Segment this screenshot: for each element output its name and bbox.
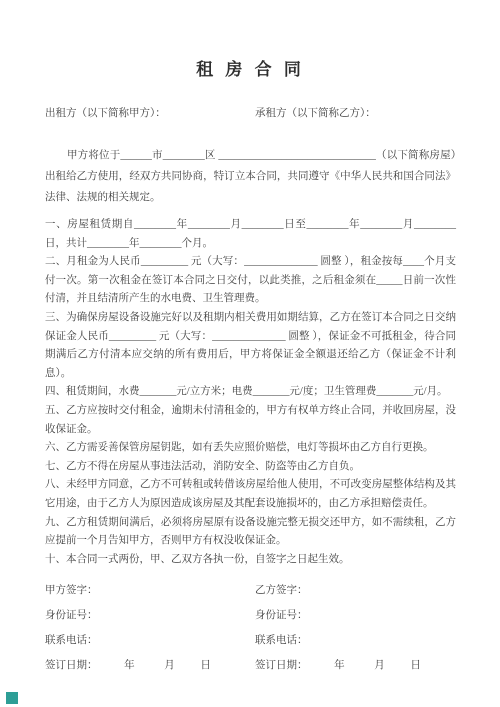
contract-page: 租 房 合 同 出租方（以下简称甲方）： 承租方（以下简称乙方）： 甲方将位于_… — [0, 0, 500, 707]
lessor-date-cell: 签订日期： 年 月 日 — [45, 659, 255, 673]
parties-row: 出租方（以下简称甲方）： 承租方（以下简称乙方）： — [45, 107, 456, 121]
clause-9: 九、乙方租赁期间满后，必须将房屋原有设备设施完整无损交还甲方，如不需续租，乙方应… — [45, 514, 456, 551]
lessee-year-label: 年 — [334, 660, 345, 671]
signature-row-date: 签订日期： 年 月 日 签订日期： 年 月 日 — [45, 659, 456, 673]
clause-4: 四、租赁期间，水费_______元/立方米；电费_______元/度；卫生管理费… — [45, 383, 456, 402]
clause-8: 八、未经甲方同意，乙方不可转租或转借该房屋给他人使用，不可改变房屋整体结构及其它… — [45, 476, 456, 513]
lessee-date-label: 签订日期： — [255, 660, 308, 671]
lessee-month-label: 月 — [374, 660, 385, 671]
lessor-sign-label: 甲方签字： — [45, 584, 255, 598]
clauses-section: 一、房屋租赁期自________年________月________日至____… — [45, 216, 456, 569]
lessor-id-label: 身份证号： — [45, 609, 255, 623]
lessor-year-label: 年 — [124, 660, 135, 671]
lessee-phone-label: 联系电话： — [255, 634, 308, 648]
contract-title: 租 房 合 同 — [45, 60, 456, 80]
lessee-label: 承租方（以下简称乙方）： — [255, 107, 376, 121]
clause-7: 七、乙方不得在房屋从事违法活动，消防安全、防盗等由乙方自负。 — [45, 458, 456, 477]
clause-3: 三、为确保房屋设备设施完好以及租期内相关费用如期结算，乙方在签订本合同之日交纳保… — [45, 309, 456, 383]
lessee-day-label: 日 — [410, 660, 421, 671]
intro-paragraph: 甲方将位于______市________区 __________________… — [45, 145, 456, 208]
lessee-sign-label: 乙方签字： — [255, 584, 308, 598]
lessee-date-cell: 签订日期： 年 月 日 — [255, 659, 421, 673]
signature-row-sign: 甲方签字： 乙方签字： — [45, 584, 456, 598]
lessor-date-label: 签订日期： — [45, 660, 98, 671]
clause-10: 十、本合同一式两份，甲、乙双方各执一份，自签字之日起生效。 — [45, 551, 456, 570]
lessor-label: 出租方（以下简称甲方）： — [45, 107, 255, 121]
lessee-id-label: 身份证号： — [255, 609, 308, 623]
lessor-day-label: 日 — [200, 660, 211, 671]
lessor-month-label: 月 — [164, 660, 175, 671]
clause-5: 五、乙方应按时交付租金，逾期未付清租金的，甲方有权单方终止合同，并收回房屋，没收… — [45, 402, 456, 439]
signature-row-phone: 联系电话： 联系电话： — [45, 634, 456, 648]
lessor-phone-label: 联系电话： — [45, 634, 255, 648]
clause-1: 一、房屋租赁期自________年________月________日至____… — [45, 216, 456, 253]
signature-row-id: 身份证号： 身份证号： — [45, 609, 456, 623]
signature-section: 甲方签字： 乙方签字： 身份证号： 身份证号： 联系电话： 联系电话： 签订日期… — [45, 584, 456, 673]
clause-2: 二、月租金为人民币_________ 元（大写：______________ 圆… — [45, 253, 456, 309]
clause-6: 六、乙方需妥善保管房屋钥匙，如有丢失应照价赔偿，电灯等损坏由乙方自行更换。 — [45, 439, 456, 458]
corner-accent-mark — [6, 692, 18, 704]
